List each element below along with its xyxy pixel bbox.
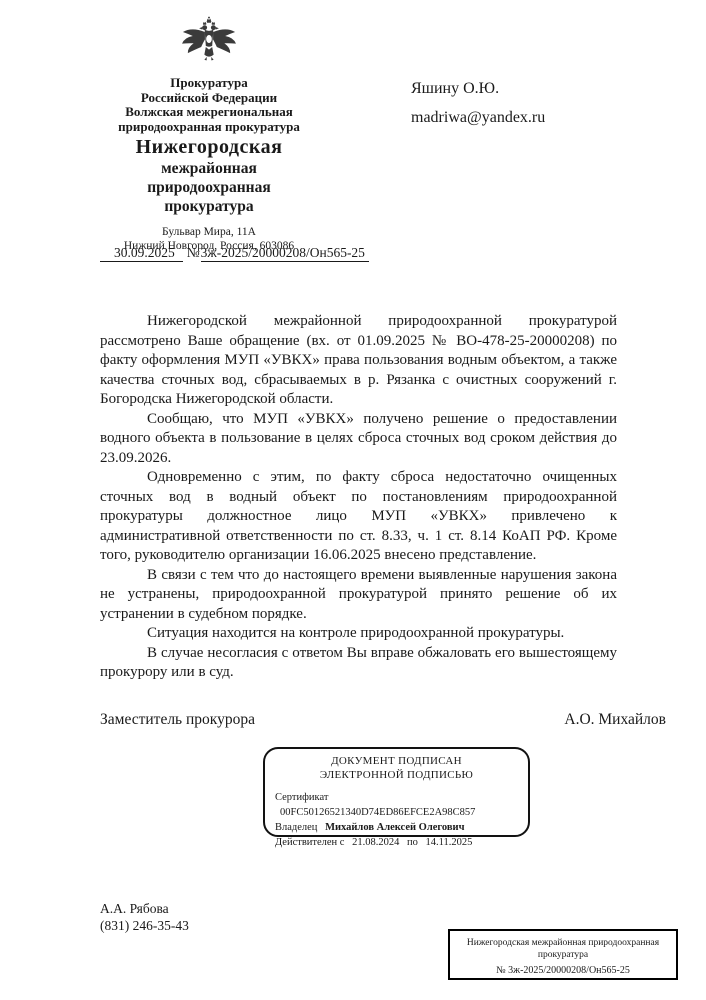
validity-line: Действителен с 21.08.2024 по 14.11.2025	[275, 835, 518, 850]
validity-to: 14.11.2025	[425, 837, 472, 848]
org-line-4: природоохранная прокуратура	[100, 120, 318, 135]
org-line-2: Российской Федерации	[100, 91, 318, 106]
regbox-org-line-2: прокуратура	[450, 949, 676, 961]
certificate-label: Сертификат	[275, 792, 328, 803]
letter-body: Нижегородской межрайонной природоохранно…	[100, 312, 617, 683]
org-name-sub-2: прокуратура	[100, 197, 318, 216]
executor-phone: (831) 246-35-43	[100, 918, 189, 935]
paragraph: Одновременно с этим, по факту сброса нед…	[100, 468, 617, 566]
paragraph: Нижегородской межрайонной природоохранно…	[100, 312, 617, 410]
recipient-block: Яшину О.Ю. madriwa@yandex.ru	[411, 74, 545, 132]
stamp-title: ДОКУМЕНТ ПОДПИСАН ЭЛЕКТРОННОЙ ПОДПИСЬЮ	[275, 755, 518, 782]
org-name-main: Нижегородская	[100, 136, 318, 159]
certificate-line: Сертификат 00FC50126521340D74ED86EFCE2A9…	[275, 790, 518, 820]
executor-block: А.А. Рябова (831) 246-35-43	[100, 901, 189, 934]
signature-row: Заместитель прокурора А.О. Михайлов	[100, 711, 666, 729]
recipient-email: madriwa@yandex.ru	[411, 103, 545, 132]
org-line-3: Волжская межрегиональная	[100, 105, 318, 120]
signer-name: А.О. Михайлов	[564, 711, 666, 729]
stamp-details: Сертификат 00FC50126521340D74ED86EFCE2A9…	[275, 790, 518, 850]
paragraph: В случае несогласия с ответом Вы вправе …	[100, 644, 617, 683]
reference-line: 30.09.2025№3ж-2025/20000208/Он565-25	[100, 245, 369, 261]
letter-date: 30.09.2025	[100, 245, 183, 262]
stamp-title-line-2: ЭЛЕКТРОННОЙ ПОДПИСЬЮ	[275, 769, 518, 783]
registration-box: Нижегородская межрайонная природоохранна…	[448, 929, 678, 980]
owner-name: Михайлов Алексей Олегович	[325, 822, 464, 833]
owner-label: Владелец	[275, 822, 317, 833]
regbox-number: № 3ж-2025/20000208/Он565-25	[450, 965, 676, 977]
paragraph: В связи с тем что до настоящего времени …	[100, 566, 617, 625]
number-sign: №	[187, 245, 200, 260]
paragraph: Сообщаю, что МУП «УВКХ» получено решение…	[100, 410, 617, 469]
recipient-name: Яшину О.Ю.	[411, 74, 545, 103]
validity-from: 21.08.2024	[352, 837, 399, 848]
org-line-1: Прокуратура	[100, 76, 318, 91]
certificate-value: 00FC50126521340D74ED86EFCE2A98C857	[280, 807, 475, 818]
coat-of-arms-icon	[100, 16, 318, 76]
regbox-org-line-1: Нижегородская межрайонная природоохранна…	[450, 937, 676, 949]
address-line-1: Бульвар Мира, 11А	[100, 226, 318, 240]
validity-label: Действителен с	[275, 837, 344, 848]
validity-to-label: по	[407, 837, 418, 848]
paragraph: Ситуация находится на контроле природоох…	[100, 624, 617, 644]
owner-line: Владелец Михайлов Алексей Олегович	[275, 820, 518, 835]
org-name-sub-1: межрайонная природоохранная	[100, 159, 318, 197]
letter-number: 3ж-2025/20000208/Он565-25	[201, 245, 369, 262]
official-letter-page: Прокуратура Российской Федерации Волжска…	[0, 0, 706, 1000]
stamp-title-line-1: ДОКУМЕНТ ПОДПИСАН	[275, 755, 518, 769]
e-signature-stamp: ДОКУМЕНТ ПОДПИСАН ЭЛЕКТРОННОЙ ПОДПИСЬЮ С…	[263, 747, 530, 837]
letterhead: Прокуратура Российской Федерации Волжска…	[100, 16, 318, 253]
executor-name: А.А. Рябова	[100, 901, 189, 918]
signer-title: Заместитель прокурора	[100, 711, 255, 729]
